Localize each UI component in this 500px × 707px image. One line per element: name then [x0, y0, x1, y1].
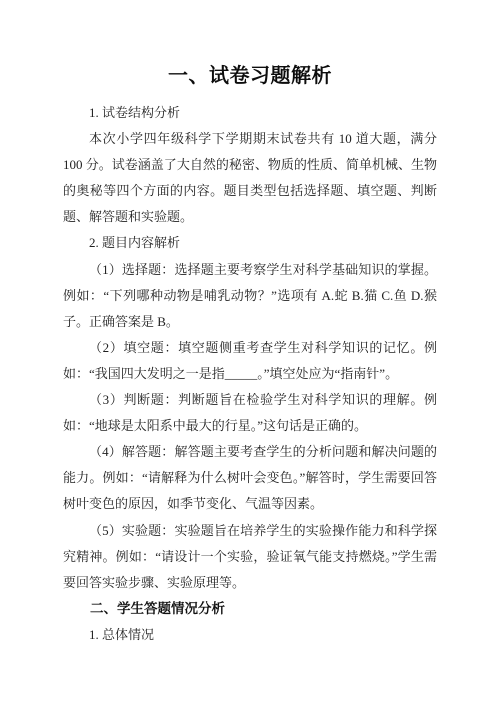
paragraph-multiple-choice: （1）选择题：选择题主要考察学生对科学基础知识的掌握。例如：“下列哪种动物是哺乳…	[63, 257, 437, 335]
section-2-heading: 二、学生答题情况分析	[63, 596, 437, 622]
doc-body: 1. 试卷结构分析 本次小学四年级科学下学期期末试卷共有 10 道大题，满分 1…	[63, 100, 437, 648]
paragraph-true-false: （3）判断题：判断题旨在检验学生对科学知识的理解。例如：“地球是太阳系中最大的行…	[63, 387, 437, 439]
subsection-2-title: 2. 题目内容解析	[63, 230, 437, 256]
paragraph-fill-in-blank: （2）填空题：填空题侧重考查学生对科学知识的记忆。例如：“我国四大发明之一是指_…	[63, 335, 437, 387]
subsection-1-title: 1. 试卷结构分析	[63, 100, 437, 126]
doc-title: 一、试卷习题解析	[0, 0, 500, 90]
paragraph-exam-structure: 本次小学四年级科学下学期期末试卷共有 10 道大题，满分 100 分。试卷涵盖了…	[63, 126, 437, 230]
document-page: 一、试卷习题解析 1. 试卷结构分析 本次小学四年级科学下学期期末试卷共有 10…	[0, 0, 500, 707]
paragraph-short-answer: （4）解答题：解答题主要考查学生的分析问题和解决问题的能力。例如：“请解释为什么…	[63, 439, 437, 517]
paragraph-experiment: （5）实验题：实验题旨在培养学生的实验操作能力和科学探究精神。例如：“请设计一个…	[63, 518, 437, 596]
subsection-overall-label: 1. 总体情况	[63, 622, 437, 648]
